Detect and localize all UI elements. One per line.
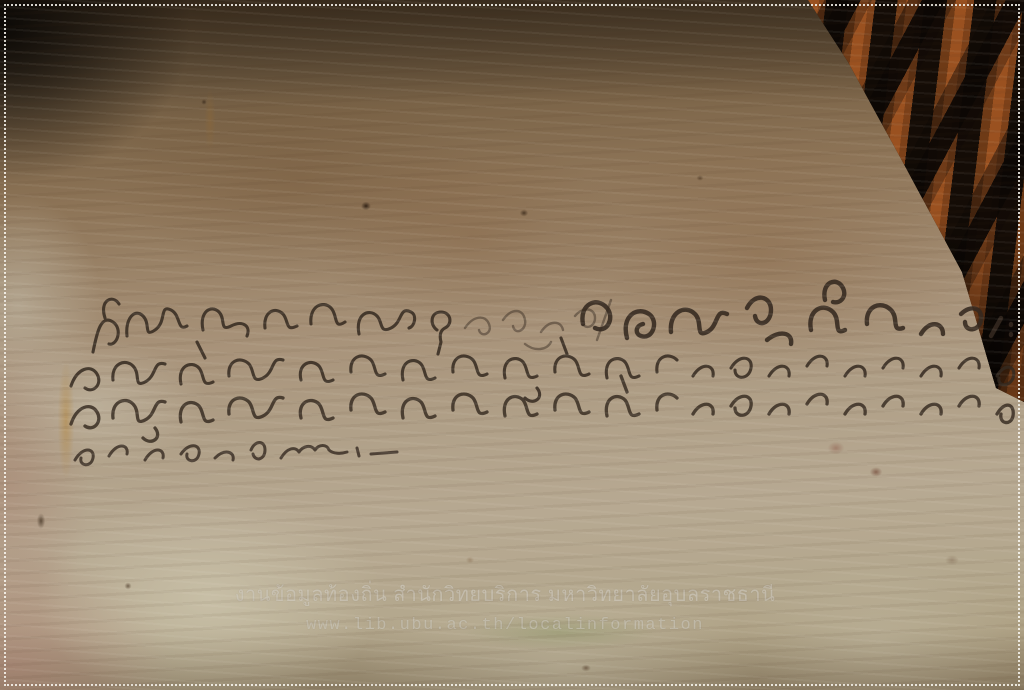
photograph: งานข้อมูลท้องถิ่น สำนักวิทยบริการ มหาวิท… [0, 0, 1024, 690]
handwritten-inscription [55, 278, 1020, 473]
watermark-text-thai: งานข้อมูลท้องถิ่น สำนักวิทยบริการ มหาวิท… [0, 584, 1010, 606]
watermark: งานข้อมูลท้องถิ่น สำนักวิทยบริการ มหาวิท… [0, 584, 1010, 635]
watermark-url: www.lib.ubu.ac.th/localinformation [0, 616, 1010, 635]
